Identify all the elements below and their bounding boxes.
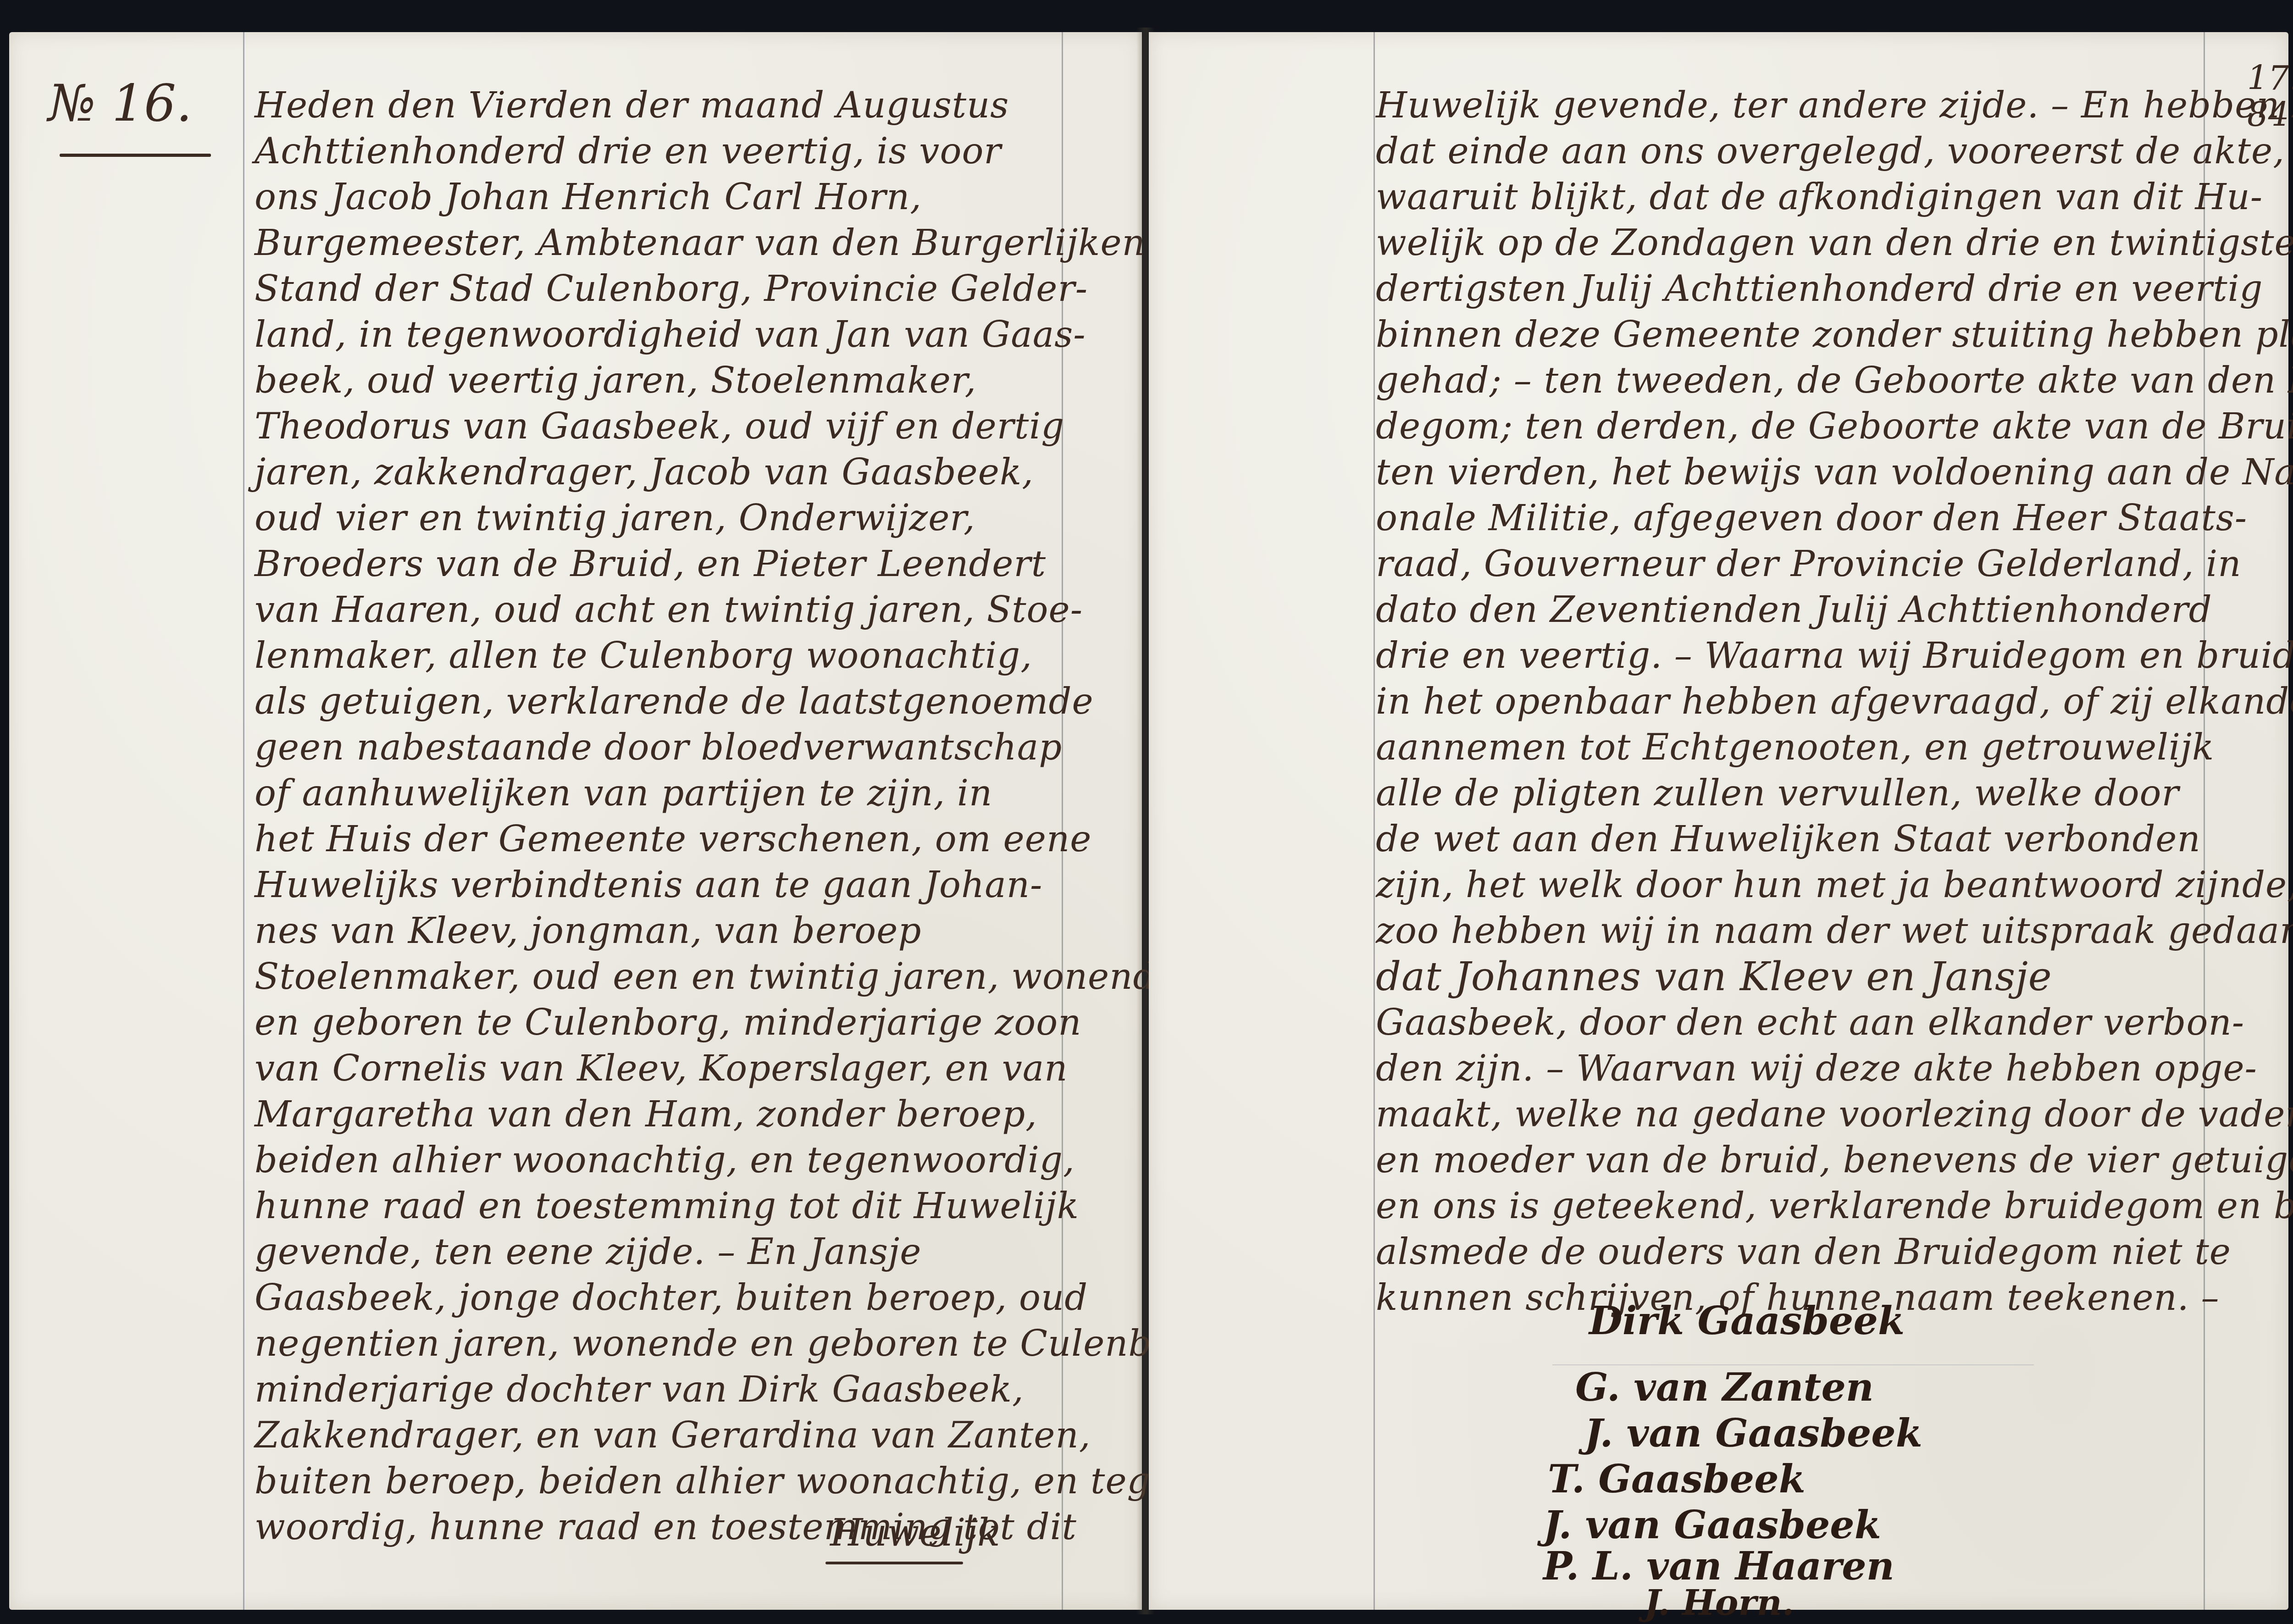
text-line: gehad; – ten tweeden, de Geboorte akte v… [1376,358,2293,404]
text-line: degom; ten derden, de Geboorte akte van … [1376,404,2293,449]
text-line: land, in tegenwoordigheid van Jan van Ga… [255,312,1086,358]
text-line: Achttienhonderd drie en veertig, is voor [255,128,1002,174]
text-line: lenmaker, allen te Culenborg woonachtig, [255,633,1032,679]
text-line: alle de pligten zullen vervullen, welke … [1376,770,2179,816]
text-line: of aanhuwelijken van partijen te zijn, i… [255,770,992,816]
text-line: Stand der Stad Culenborg, Provincie Geld… [255,266,1088,312]
text-line: aannemen tot Echtgenooten, en getrouweli… [1376,725,2214,770]
signature-witness-1: J. van Gaasbeek [1584,1410,1922,1456]
text-line: Gaasbeek, jonge dochter, buiten beroep, … [255,1275,1088,1321]
text-line: raad, Gouverneur der Provincie Gelderlan… [1376,541,2241,587]
text-line: ten vierden, het bewijs van voldoening a… [1376,449,2293,495]
text-line: hunne raad en toestemming tot dit Huweli… [255,1183,1079,1229]
text-line: van Haaren, oud acht en twintig jaren, S… [255,587,1083,633]
text-line: zijn, het welk door hun met ja beantwoor… [1376,862,2293,908]
text-line: dat einde aan ons overgelegd, vooreerst … [1376,128,2285,174]
text-line: dertigsten Julij Achttienhonderd drie en… [1376,266,2263,312]
text-line: het Huis der Gemeente verschenen, om een… [255,816,1091,862]
text-line: drie en veertig. – Waarna wij Bruidegom … [1376,633,2293,679]
text-line: en moeder van de bruid, benevens de vier… [1376,1137,2293,1183]
signature-mayor: J. Horn. [1644,1582,1794,1623]
text-line: minderjarige dochter van Dirk Gaasbeek, [255,1367,1024,1413]
text-line: beek, oud veertig jaren, Stoelenmaker, [255,358,976,404]
text-line: zoo hebben wij in naam der wet uitspraak… [1376,908,2293,954]
text-line: buiten beroep, beiden alhier woonachtig,… [255,1458,1208,1504]
text-line: Stoelenmaker, oud een en twintig jaren, … [255,954,1178,1000]
text-line: Gaasbeek, door den echt aan elkander ver… [1376,1000,2244,1046]
text-line: van Cornelis van Kleev, Koperslager, en … [255,1046,1068,1092]
text-line: Broeders van de Bruid, en Pieter Leender… [255,541,1046,587]
text-line-names: dat Johannes van Kleev en Jansje [1376,954,2052,1000]
text-line: Huwelijk gevende, ter andere zijde. – En… [1376,83,2293,128]
left-margin-rule [1374,32,1375,1610]
text-line: geen nabestaande door bloedverwantschap [255,725,1062,770]
text-line: welijk op de Zondagen van den drie en tw… [1376,220,2293,266]
text-line: jaren, zakkendrager, Jacob van Gaasbeek, [255,449,1034,495]
text-line: Heden den Vierden der maand Augustus [255,83,1009,128]
text-line: den zijn. – Waarvan wij deze akte hebben… [1376,1046,2257,1092]
text-line: en geboren te Culenborg, minderjarige zo… [255,1000,1081,1046]
left-page: № 16. Heden den Vierden der maand August… [9,32,1142,1610]
catchword-underline [825,1562,963,1564]
text-line: beiden alhier woonachtig, en tegenwoordi… [255,1137,1075,1183]
text-line: en ons is geteekend, verklarende bruideg… [1376,1183,2293,1229]
text-line: maakt, welke na gedane voorlezing door d… [1376,1092,2293,1137]
text-line: negentien jaren, wonende en geboren te C… [255,1321,1227,1367]
left-margin-rule [243,32,244,1610]
text-line: Theodorus van Gaasbeek, oud vijf en dert… [255,404,1064,449]
text-line: dato den Zeventienden Julij Achttienhond… [1376,587,2212,633]
text-line: Huwelijks verbindtenis aan te gaan Johan… [255,862,1042,908]
text-line: in het openbaar hebben afgevraagd, of zi… [1376,679,2293,725]
signature-witness-3: J. van Gaasbeek [1543,1502,1881,1547]
text-line: nes van Kleev, jongman, van beroep [255,908,921,954]
text-line: Burgemeester, Ambtenaar van den Burgerli… [255,220,1146,266]
act-number-underline [60,154,211,157]
text-line: Margaretha van den Ham, zonder beroep, [255,1092,1037,1137]
right-page: 17. 84 Huwelijk gevende, ter andere zijd… [1149,32,2288,1610]
text-line: binnen deze Gemeente zonder stuiting heb… [1376,312,2293,358]
text-line: gevende, ten eene zijde. – En Jansje [255,1229,921,1275]
catchword: Huwelijk [830,1511,1000,1555]
signature-mother-of-bride: G. van Zanten [1575,1364,1874,1410]
text-line: waaruit blijkt, dat de afkondigingen van… [1376,174,2263,220]
text-line: ons Jacob Johan Henrich Carl Horn, [255,174,922,220]
act-number: № 16. [48,76,192,131]
text-line: de wet aan den Huwelijken Staat verbonde… [1376,816,2201,862]
text-line: alsmede de ouders van den Bruidegom niet… [1376,1229,2231,1275]
text-line: als getuigen, verklarende de laatstgenoe… [255,679,1094,725]
text-line: onale Militie, afgegeven door den Heer S… [1376,495,2247,541]
signature-witness-2: T. Gaasbeek [1548,1456,1806,1502]
text-line: Zakkendrager, en van Gerardina van Zante… [255,1413,1091,1458]
signature-father-of-bride: Dirk Gaasbeek [1589,1298,1905,1343]
text-line: oud vier en twintig jaren, Onderwijzer, [255,495,975,541]
